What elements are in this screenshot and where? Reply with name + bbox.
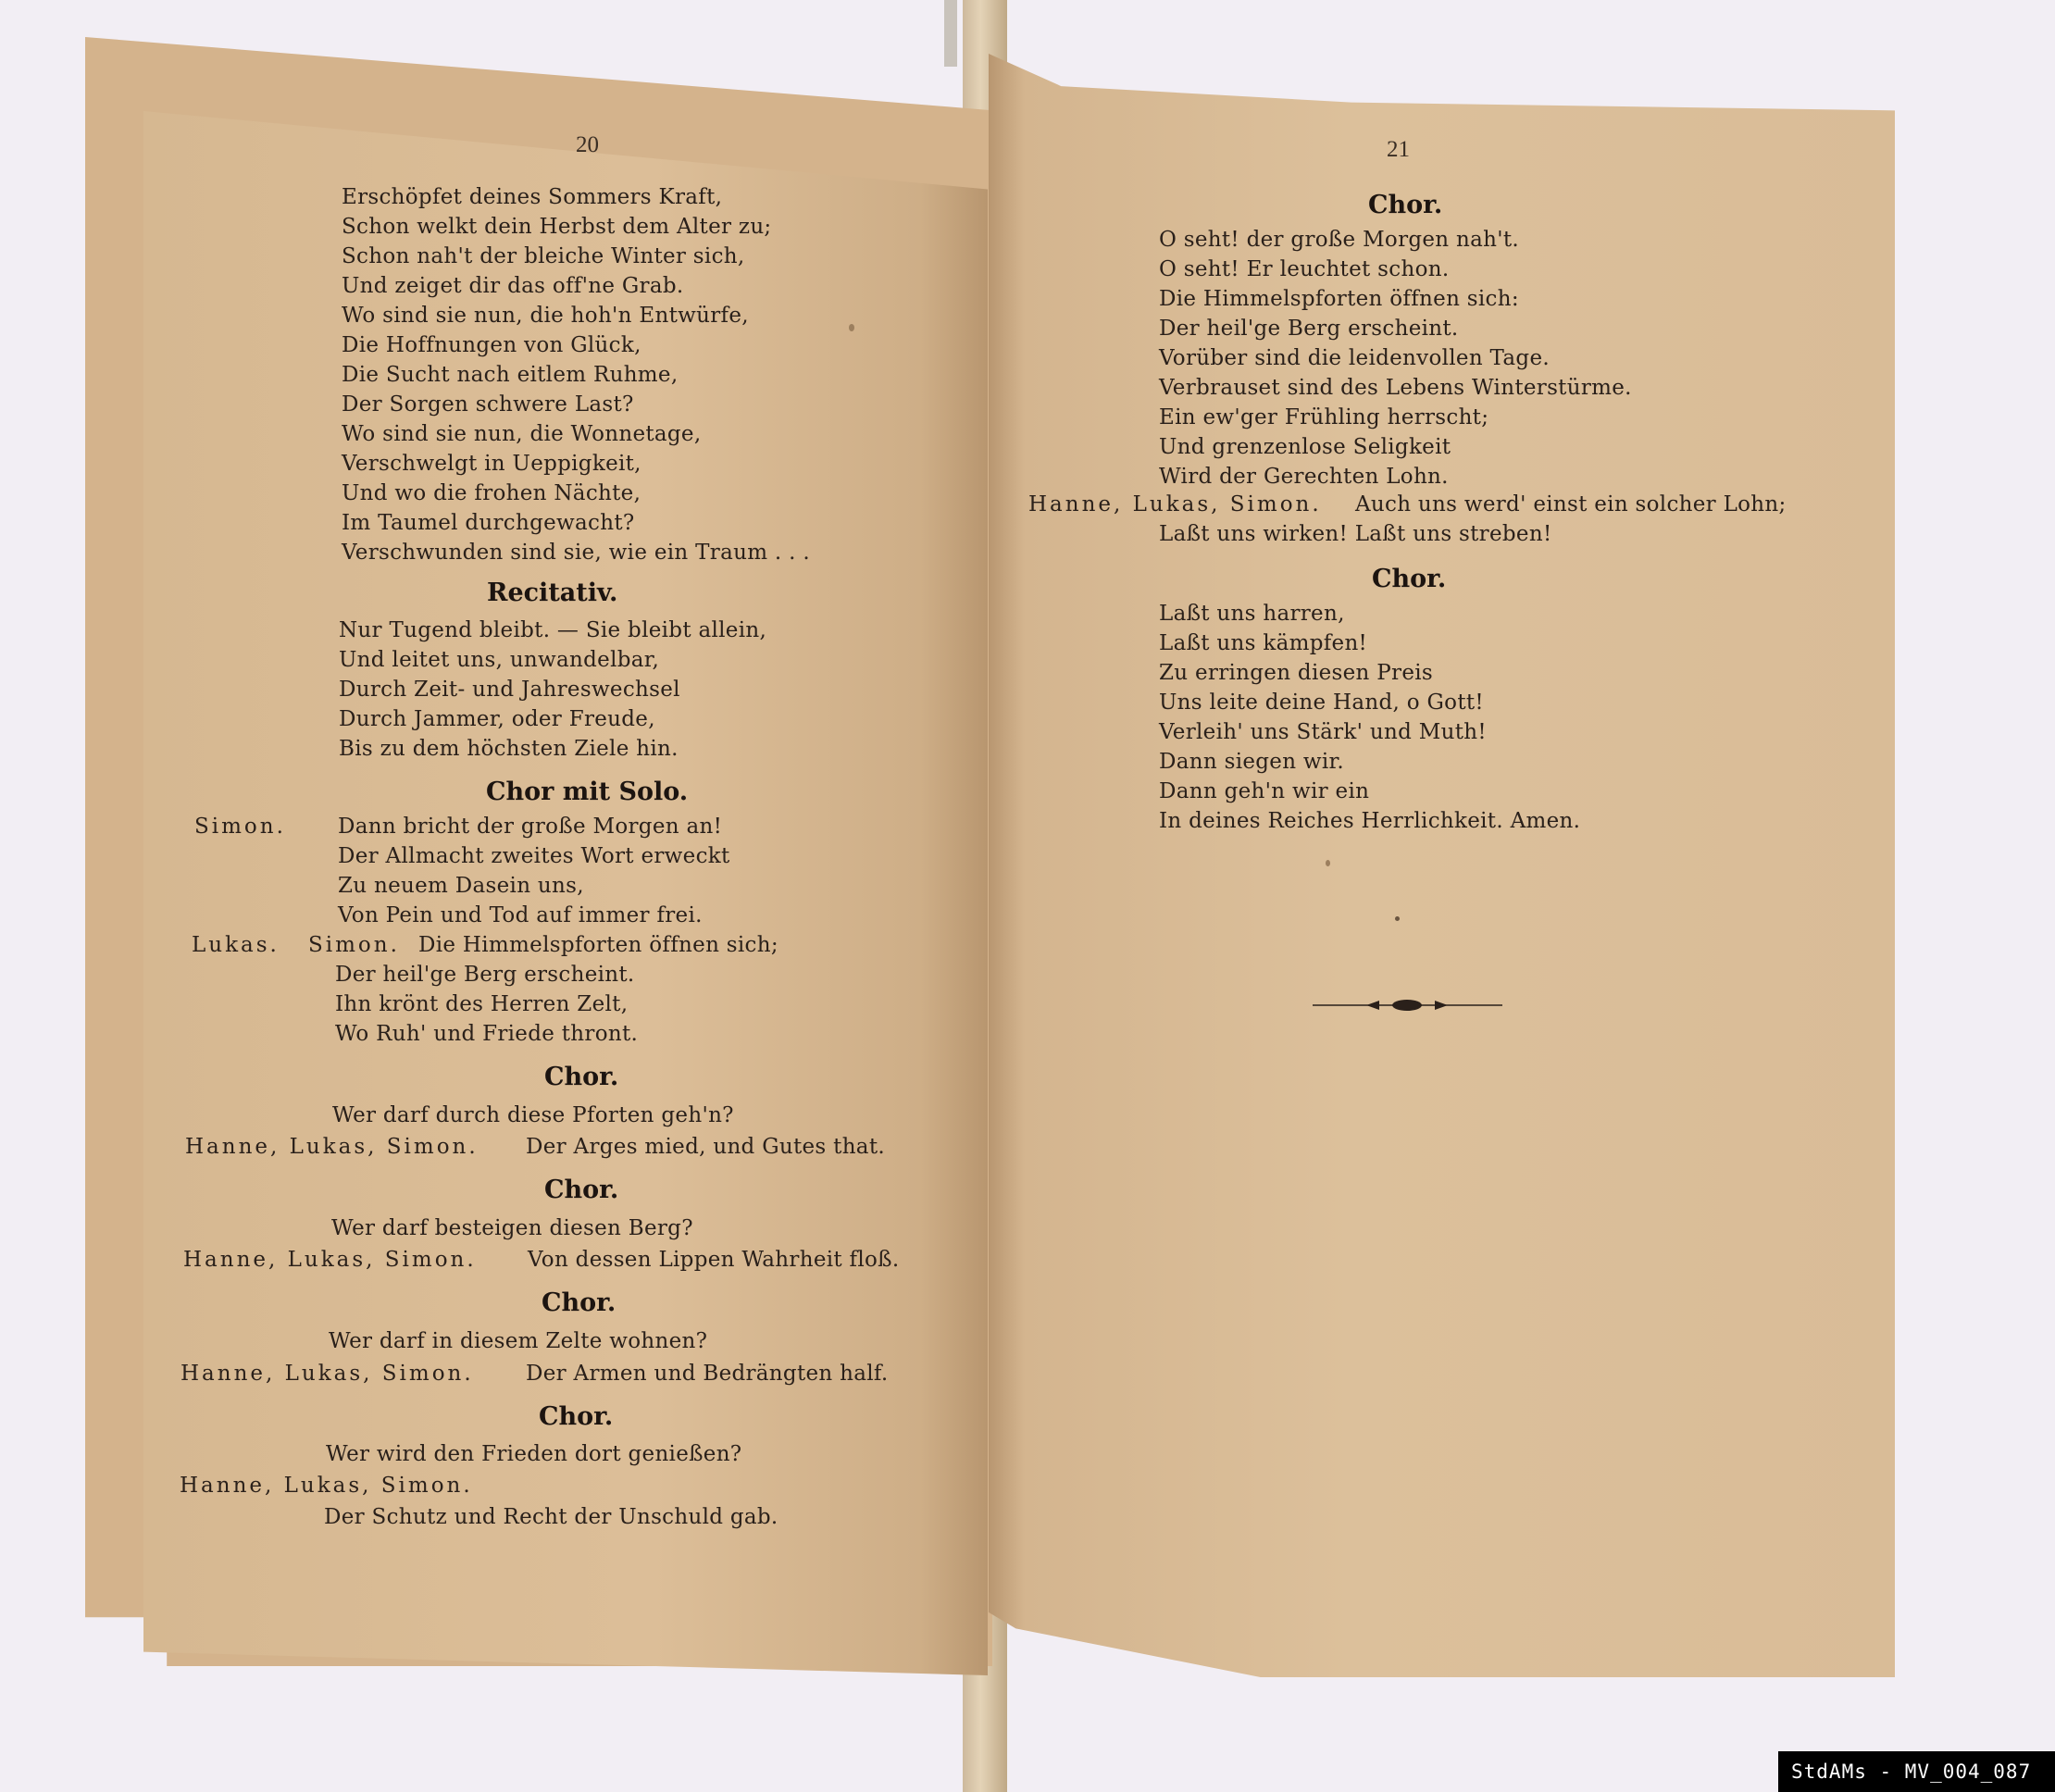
speaker-label: Simon.: [194, 815, 286, 839]
verse-line: Uns leite deine Hand, o Gott!: [1159, 691, 1484, 715]
verse-line: Der Sorgen schwere Last?: [342, 392, 634, 417]
verse-line: Der Allmacht zweites Wort erweckt: [338, 844, 730, 868]
verse-line: Die Sucht nach eitlem Ruhme,: [342, 363, 678, 387]
verse-line: Durch Zeit- und Jahreswechsel: [339, 678, 680, 702]
archive-id-label: StdAMs - MV_004_087: [1778, 1751, 2055, 1792]
verse-line: Bis zu dem höchsten Ziele hin.: [339, 737, 679, 761]
speaker-label: Hanne, Lukas, Simon.: [1028, 492, 1322, 516]
gutter-paper-edge: [944, 0, 957, 67]
verse-line: Schon welkt dein Herbst dem Alter zu;: [342, 215, 772, 239]
verse-line: Die Hoffnungen von Glück,: [342, 333, 641, 357]
end-ornament-icon: [1313, 998, 1502, 1013]
soloist-answer: Der Arges mied, und Gutes that.: [526, 1135, 885, 1159]
section-heading-chor-mit-solo: Chor mit Solo.: [486, 778, 688, 806]
verse-line: Wo Ruh' und Friede thront.: [335, 1022, 638, 1046]
speaker-label: Hanne, Lukas, Simon.: [183, 1248, 477, 1272]
verse-line: Dann siegen wir.: [1159, 750, 1344, 774]
page-number-right: 21: [1387, 137, 1410, 163]
verse-line: Von Pein und Tod auf immer frei.: [338, 903, 703, 927]
page-number-left: 20: [576, 132, 599, 158]
section-heading-recitativ: Recitativ.: [487, 579, 617, 607]
verse-line: Ein ew'ger Frühling herrscht;: [1159, 405, 1488, 429]
verse-line: Zu erringen diesen Preis: [1159, 661, 1433, 685]
speaker-label: Hanne, Lukas, Simon.: [180, 1474, 473, 1498]
verse-line: O seht! Er leuchtet schon.: [1159, 257, 1449, 281]
paper-stain: [1395, 916, 1400, 921]
verse-line: Wird der Gerechten Lohn.: [1159, 465, 1449, 489]
verse-line: Verleih' uns Stärk' und Muth!: [1159, 720, 1487, 744]
soloist-answer: Der Armen und Bedrängten half.: [526, 1362, 889, 1386]
verse-line: Dann geh'n wir ein: [1159, 779, 1369, 803]
verse-line: Und wo die frohen Nächte,: [342, 481, 641, 505]
section-heading-chor: Chor.: [544, 1176, 618, 1204]
verse-line: Der heil'ge Berg erscheint.: [335, 963, 635, 987]
verse-line: Durch Jammer, oder Freude,: [339, 707, 655, 731]
verse-line: Verschwelgt in Ueppigkeit,: [342, 452, 641, 476]
verse-line: In deines Reiches Herrlichkeit. Amen.: [1159, 809, 1580, 833]
section-heading-chor: Chor.: [539, 1402, 613, 1431]
verse-line: Laßt uns wirken! Laßt uns streben!: [1159, 522, 1551, 546]
verse-line: Und grenzenlose Seligkeit: [1159, 435, 1451, 459]
verse-line: O seht! der große Morgen nah't.: [1159, 228, 1519, 252]
verse-line: Nur Tugend bleibt. — Sie bleibt allein,: [339, 618, 766, 642]
paper-stain: [849, 324, 854, 331]
verse-line: Laßt uns harren,: [1159, 602, 1345, 626]
chor-question: Wer darf durch diese Pforten geh'n?: [332, 1103, 734, 1127]
section-heading-chor: Chor.: [544, 1063, 618, 1091]
verse-line: Zu neuem Dasein uns,: [338, 874, 584, 898]
section-heading-chor: Chor.: [1372, 565, 1446, 593]
section-heading-chor: Chor.: [1368, 191, 1442, 219]
section-heading-chor: Chor.: [542, 1288, 616, 1317]
verse-line: Verschwunden sind sie, wie ein Traum . .…: [342, 541, 810, 565]
soloist-answer: Der Schutz und Recht der Unschuld gab.: [324, 1505, 778, 1529]
verse-line: Und leitet uns, unwandelbar,: [339, 648, 659, 672]
verse-line: Ihn krönt des Herren Zelt,: [335, 992, 628, 1016]
verse-line: Der heil'ge Berg erscheint.: [1159, 317, 1459, 341]
speaker-label: Simon.: [308, 933, 400, 957]
verse-line: Wo sind sie nun, die hoh'n Entwürfe,: [342, 304, 749, 328]
verse-line: Im Taumel durchgewacht?: [342, 511, 635, 535]
verse-line: Die Himmelspforten öffnen sich:: [1159, 287, 1519, 311]
verse-line: Laßt uns kämpfen!: [1159, 631, 1367, 655]
verse-line: Vorüber sind die leidenvollen Tage.: [1159, 346, 1550, 370]
verse-line: Schon nah't der bleiche Winter sich,: [342, 244, 744, 268]
speaker-label: Lukas.: [192, 933, 280, 957]
verse-line: Erschöpfet deines Sommers Kraft,: [342, 185, 722, 209]
verse-line: Die Himmelspforten öffnen sich;: [418, 933, 778, 957]
verse-line: Auch uns werd' einst ein solcher Lohn;: [1355, 492, 1787, 516]
verse-line: Dann bricht der große Morgen an!: [338, 815, 722, 839]
verse-line: Und zeiget dir das off'ne Grab.: [342, 274, 683, 298]
speaker-label: Hanne, Lukas, Simon.: [185, 1135, 479, 1159]
chor-question: Wer wird den Frieden dort genießen?: [326, 1442, 741, 1466]
chor-question: Wer darf besteigen diesen Berg?: [331, 1216, 693, 1240]
chor-question: Wer darf in diesem Zelte wohnen?: [329, 1329, 707, 1353]
speaker-label: Hanne, Lukas, Simon.: [181, 1362, 474, 1386]
verse-line: Wo sind sie nun, die Wonnetage,: [342, 422, 701, 446]
soloist-answer: Von dessen Lippen Wahrheit floß.: [528, 1248, 899, 1272]
verse-line: Verbrauset sind des Lebens Winterstürme.: [1159, 376, 1632, 400]
paper-stain: [1326, 860, 1330, 866]
